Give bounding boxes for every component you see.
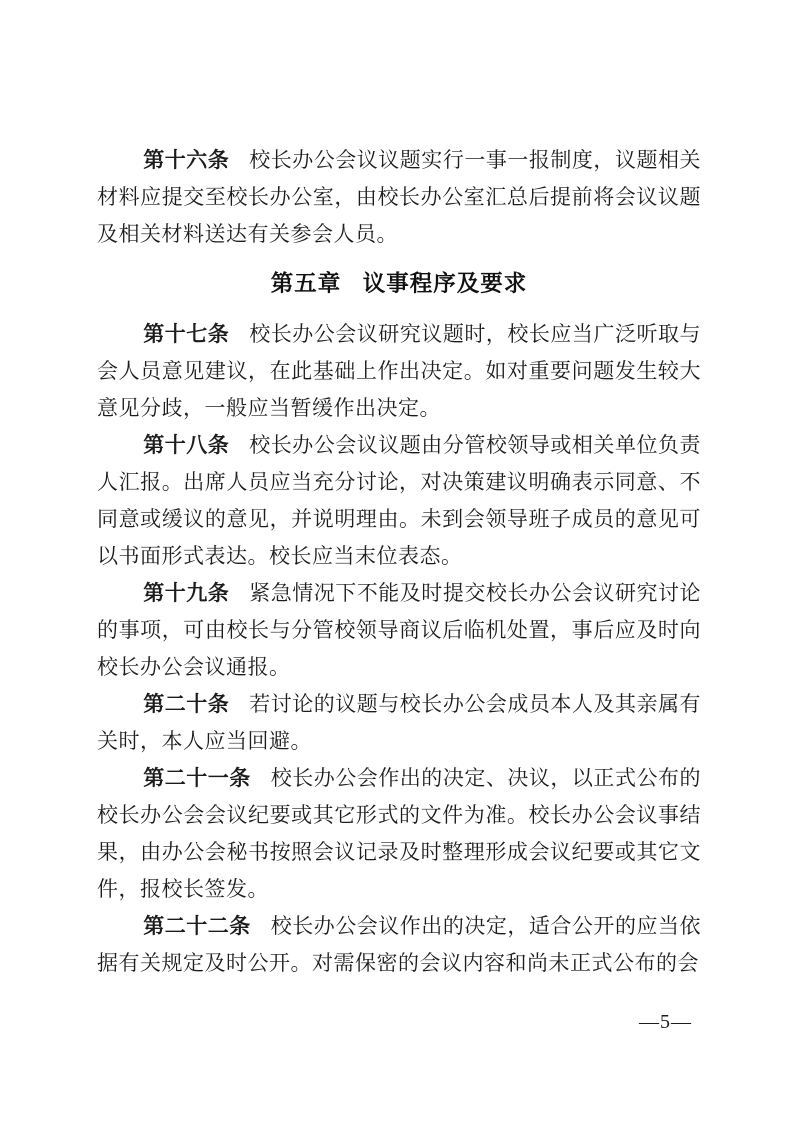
- article-19-number: 第十九条: [143, 581, 229, 605]
- article-18: 第十八条校长办公会议议题由分管校领导或相关单位负责人汇报。出席人员应当充分讨论，…: [97, 427, 701, 575]
- article-21: 第二十一条校长办公会作出的决定、决议，以正式公布的校长办公会会议纪要或其它形式的…: [97, 760, 701, 908]
- article-19: 第十九条紧急情况下不能及时提交校长办公会议研究讨论的事项，可由校长与分管校领导商…: [97, 575, 701, 686]
- document-page: 第十六条校长办公会议议题实行一事一报制度，议题相关材料应提交至校长办公室，由校长…: [0, 0, 794, 1122]
- article-20-number: 第二十条: [143, 692, 229, 716]
- document-body: 第十六条校长办公会议议题实行一事一报制度，议题相关材料应提交至校长办公室，由校长…: [97, 142, 701, 982]
- chapter-heading: 第五章议事程序及要求: [97, 265, 701, 302]
- article-22-number: 第二十二条: [143, 914, 251, 938]
- article-21-number: 第二十一条: [143, 766, 251, 790]
- article-16: 第十六条校长办公会议议题实行一事一报制度，议题相关材料应提交至校长办公室，由校长…: [97, 142, 701, 253]
- article-22: 第二十二条校长办公会议作出的决定，适合公开的应当依据有关规定及时公开。对需保密的…: [97, 908, 701, 982]
- page-number: —5—: [639, 1010, 692, 1034]
- article-17-number: 第十七条: [143, 322, 229, 346]
- article-18-number: 第十八条: [143, 433, 229, 457]
- chapter-title: 议事程序及要求: [363, 271, 528, 296]
- chapter-number: 第五章: [271, 271, 342, 296]
- article-20: 第二十条若讨论的议题与校长办公会成员本人及其亲属有关时，本人应当回避。: [97, 686, 701, 760]
- article-16-number: 第十六条: [143, 148, 229, 172]
- article-17: 第十七条校长办公会议研究议题时，校长应当广泛听取与会人员意见建议，在此基础上作出…: [97, 316, 701, 427]
